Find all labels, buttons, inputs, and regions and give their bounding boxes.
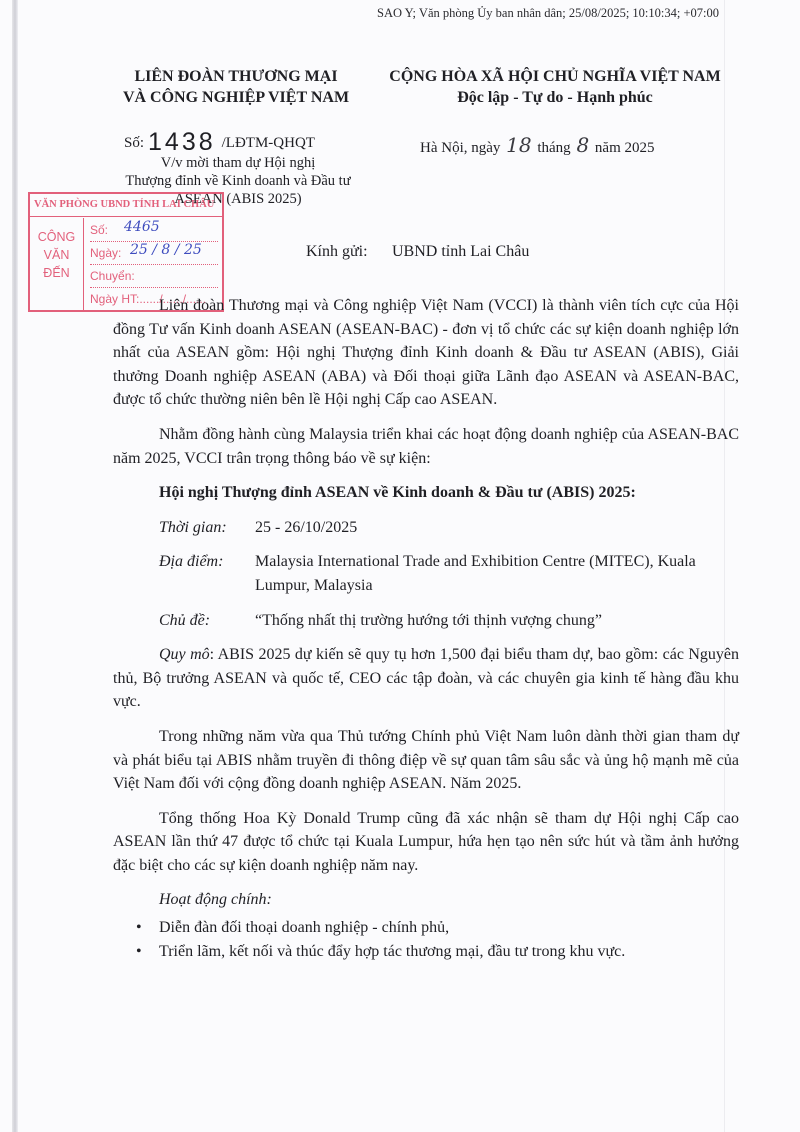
subject-line-1: V/v mời tham dự Hội nghị — [100, 154, 376, 172]
document-body: Liên đoàn Thương mại và Công nghiệp Việt… — [113, 294, 739, 963]
paragraph-intro: Liên đoàn Thương mại và Công nghiệp Việt… — [113, 294, 739, 412]
event-title: Hội nghị Thượng đỉnh ASEAN về Kinh doanh… — [159, 481, 739, 505]
paragraph-scale: Quy mô: ABIS 2025 dự kiến sẽ quy tụ hơn … — [113, 643, 739, 714]
detail-location: Địa điểm: Malaysia International Trade a… — [159, 550, 739, 597]
digital-signature-line: SAO Y; Văn phòng Ủy ban nhân dân; 25/08/… — [377, 6, 719, 21]
stamp-field-ngay: Ngày: 25 / 8 / 25 — [90, 243, 218, 265]
activity-item: Triển lãm, kết nối và thúc đẩy hợp tác t… — [159, 940, 739, 964]
nation-line-2: Độc lập - Tự do - Hạnh phúc — [380, 87, 730, 108]
recipient-line: Kính gửi: UBND tỉnh Lai Châu — [306, 243, 529, 261]
paragraph-us-president: Tổng thống Hoa Kỳ Donald Trump cũng đã x… — [113, 807, 739, 878]
doc-number-value: 1438 — [148, 128, 216, 156]
stamp-title-line-3: ĐẾN — [30, 264, 83, 282]
recipient-label: Kính gửi: — [306, 243, 388, 261]
recipient-value: UBND tỉnh Lai Châu — [392, 243, 529, 260]
stamp-header: VĂN PHÒNG UBND TỈNH LAI CHÂU — [30, 194, 222, 217]
date-month-label: tháng — [537, 140, 570, 156]
national-motto: CỘNG HÒA XÃ HỘI CHỦ NGHĨA VIỆT NAM Độc l… — [380, 66, 730, 108]
stamp-chuyen-label: Chuyển: — [90, 269, 135, 283]
scan-edge-shadow — [12, 0, 18, 1132]
date-year: năm 2025 — [595, 140, 655, 156]
detail-location-value: Malaysia International Trade and Exhibit… — [255, 550, 739, 597]
paragraph-announcement: Nhằm đồng hành cùng Malaysia triển khai … — [113, 423, 739, 470]
stamp-ngay-label: Ngày: — [90, 246, 121, 260]
stamp-title-line-2: VĂN — [30, 246, 83, 264]
stamp-ngay-value: 25 / 8 / 25 — [130, 240, 202, 261]
date-day-handwritten: 18 — [506, 133, 531, 157]
activities-list: Diễn đàn đối thoại doanh nghiệp - chính … — [113, 916, 739, 963]
detail-time-value: 25 - 26/10/2025 — [255, 516, 357, 540]
detail-location-label: Địa điểm: — [159, 550, 255, 597]
detail-theme-label: Chủ đề: — [159, 609, 255, 633]
issuing-organization: LIÊN ĐOÀN THƯƠNG MẠI VÀ CÔNG NGHIỆP VIỆT… — [108, 66, 364, 108]
date-month-handwritten: 8 — [576, 133, 589, 157]
detail-theme-value: “Thống nhất thị trường hướng tới thịnh v… — [255, 609, 602, 633]
nation-line-1: CỘNG HÒA XÃ HỘI CHỦ NGHĨA VIỆT NAM — [380, 66, 730, 87]
stamp-title-line-1: CÔNG — [30, 228, 83, 246]
stamp-so-label: Số: — [90, 223, 108, 237]
subject-line-2: Thượng đỉnh về Kinh doanh và Đầu tư — [100, 172, 376, 190]
stamp-field-so: Số: 4465 — [90, 220, 218, 242]
doc-number-label: Số: — [124, 135, 144, 151]
stamp-so-value: 4465 — [124, 217, 160, 238]
document-number: Số:1438/LĐTM-QHQT — [124, 128, 315, 157]
detail-theme: Chủ đề: “Thống nhất thị trường hướng tới… — [159, 609, 739, 633]
org-line-2: VÀ CÔNG NGHIỆP VIỆT NAM — [108, 87, 364, 108]
scanned-document-page: SAO Y; Văn phòng Ủy ban nhân dân; 25/08/… — [0, 0, 800, 1132]
activity-item: Diễn đàn đối thoại doanh nghiệp - chính … — [159, 916, 739, 940]
scale-label: Quy mô — [159, 646, 210, 663]
stamp-title: CÔNG VĂN ĐẾN — [30, 218, 84, 310]
activities-label: Hoạt động chính: — [159, 888, 739, 912]
doc-number-suffix: /LĐTM-QHQT — [222, 135, 315, 151]
detail-time: Thời gian: 25 - 26/10/2025 — [159, 516, 739, 540]
stamp-field-chuyen: Chuyển: — [90, 266, 218, 288]
detail-time-label: Thời gian: — [159, 516, 255, 540]
paragraph-prime-minister: Trong những năm vừa qua Thủ tướng Chính … — [113, 725, 739, 796]
org-line-1: LIÊN ĐOÀN THƯƠNG MẠI — [108, 66, 364, 87]
date-place: Hà Nội, ngày — [420, 140, 500, 156]
issue-date: Hà Nội, ngày 18 tháng 8 năm 2025 — [420, 133, 655, 157]
